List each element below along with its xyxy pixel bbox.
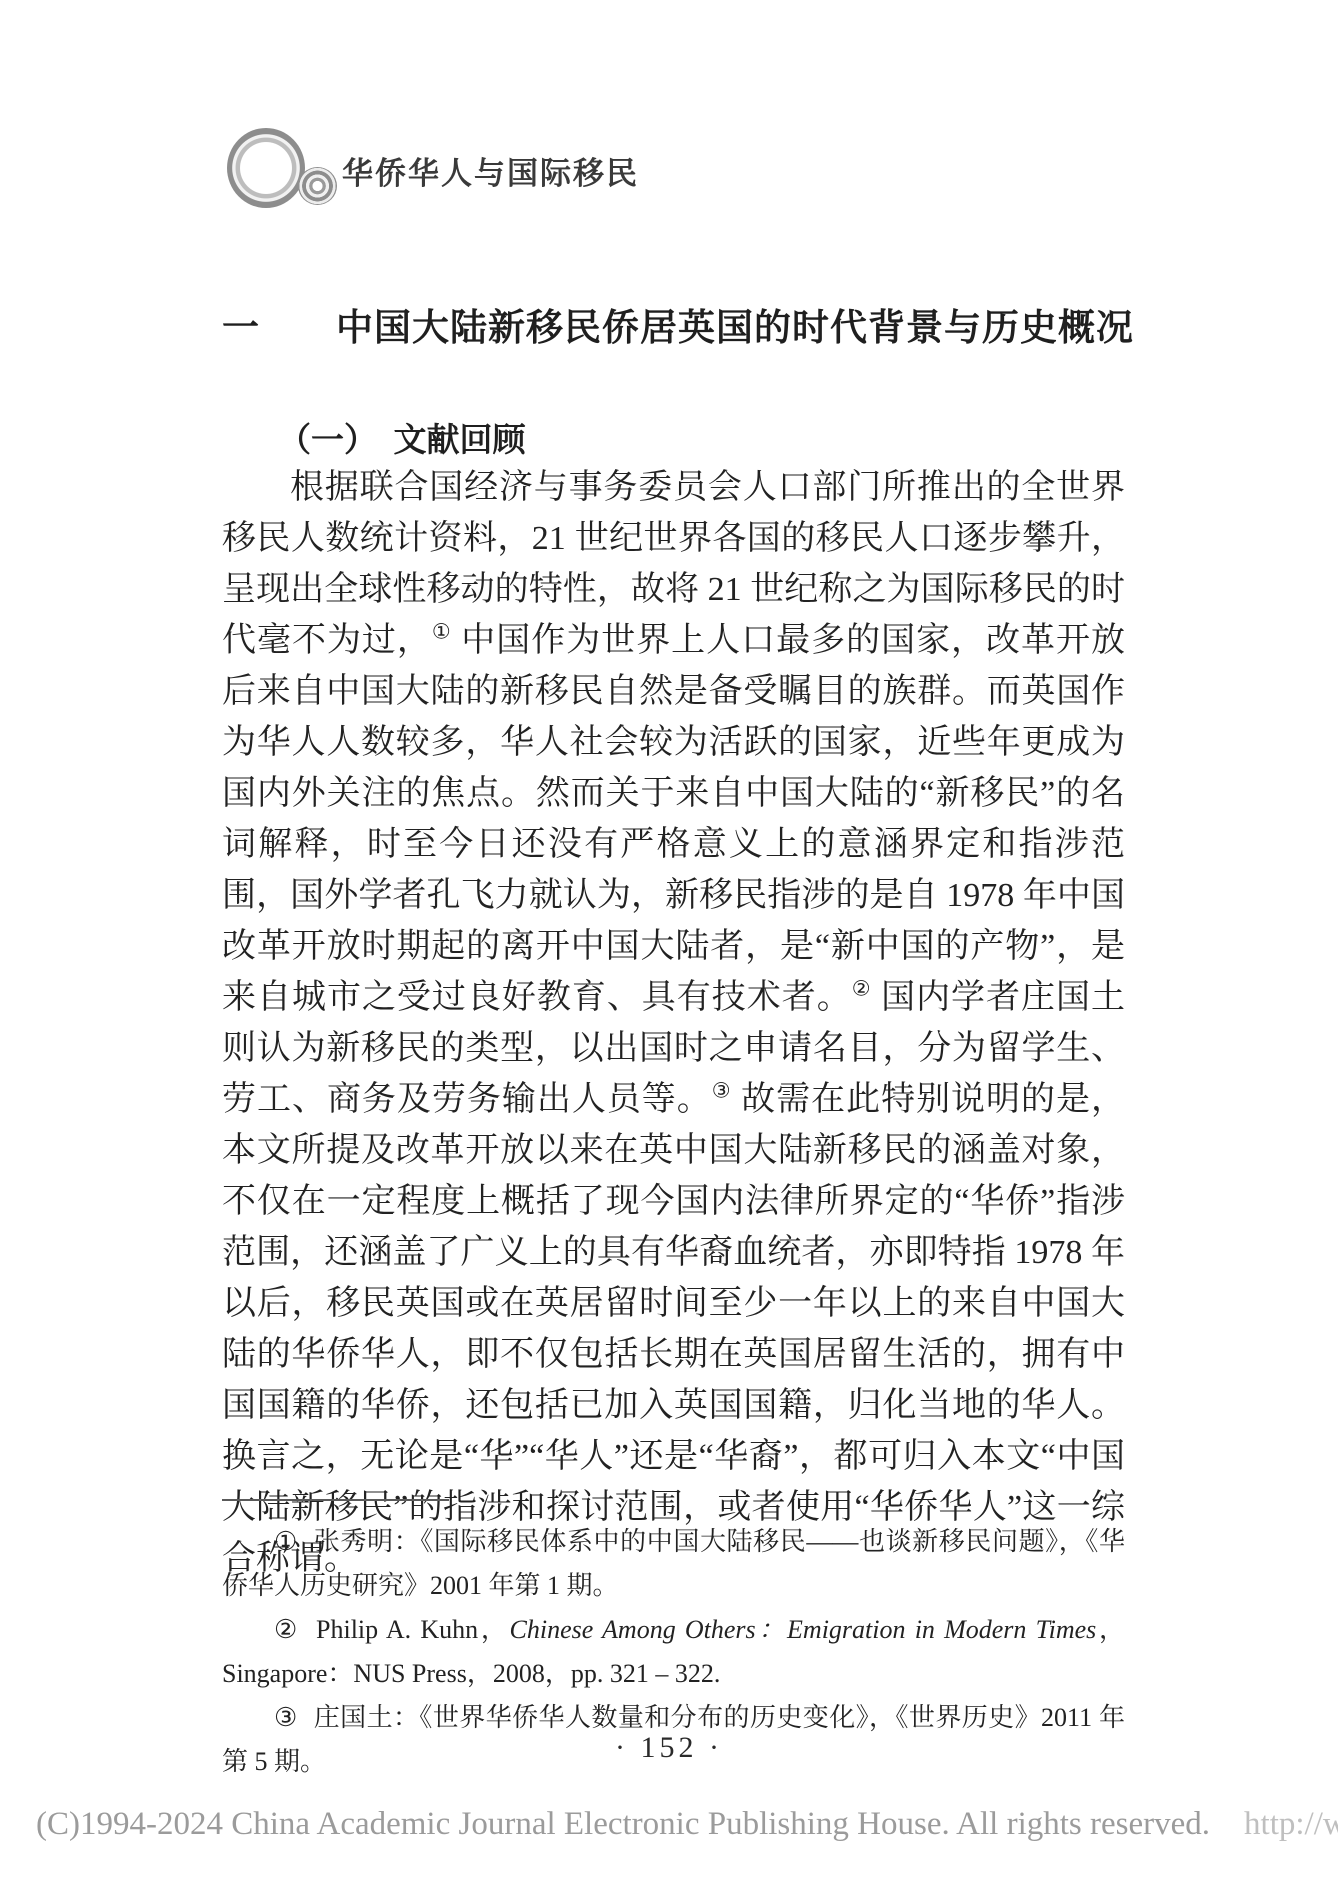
footnote-marker: ③ — [274, 1703, 298, 1732]
footnote-marker: ① — [274, 1527, 298, 1556]
footnote-reference-mark: ③ — [712, 1079, 732, 1103]
cnki-url-text: http://www.cnki. — [1244, 1806, 1338, 1842]
body-paragraph: 根据联合国经济与事务委员会人口部门所推出的全世界移民人数统计资料，21 世纪世界… — [222, 462, 1125, 1584]
large-ring-icon — [227, 128, 305, 208]
page-number: · 152 · — [0, 1731, 1338, 1765]
footnote-item: ②Philip A. Kuhn，Chinese Among Others：Emi… — [222, 1608, 1125, 1696]
footnote-reference-mark: ② — [852, 977, 872, 1001]
small-ring-icon — [298, 167, 337, 205]
journal-rings-logo-icon — [227, 128, 347, 218]
section-title: 一 中国大陆新移民侨居英国的时代背景与历史概况 — [222, 297, 1125, 351]
subsection-title: （一） 文献回顾 — [222, 414, 1125, 461]
footnote-marker: ② — [274, 1615, 300, 1644]
journal-section-title: 华侨华人与国际移民 — [342, 148, 639, 193]
copyright-text: (C)1994-2024 China Academic Journal Elec… — [36, 1806, 1210, 1842]
footnote-separator-rule — [222, 1499, 449, 1501]
document-page: 华侨华人与国际移民 一 中国大陆新移民侨居英国的时代背景与历史概况 （一） 文献… — [0, 0, 1338, 1890]
footnote-item: ①张秀明：《国际移民体系中的中国大陆移民——也谈新移民问题》，《华侨华人历史研究… — [222, 1520, 1125, 1608]
footnote-reference-mark: ① — [432, 620, 452, 644]
scan-copyright-footer: (C)1994-2024 China Academic Journal Elec… — [36, 1806, 1338, 1843]
